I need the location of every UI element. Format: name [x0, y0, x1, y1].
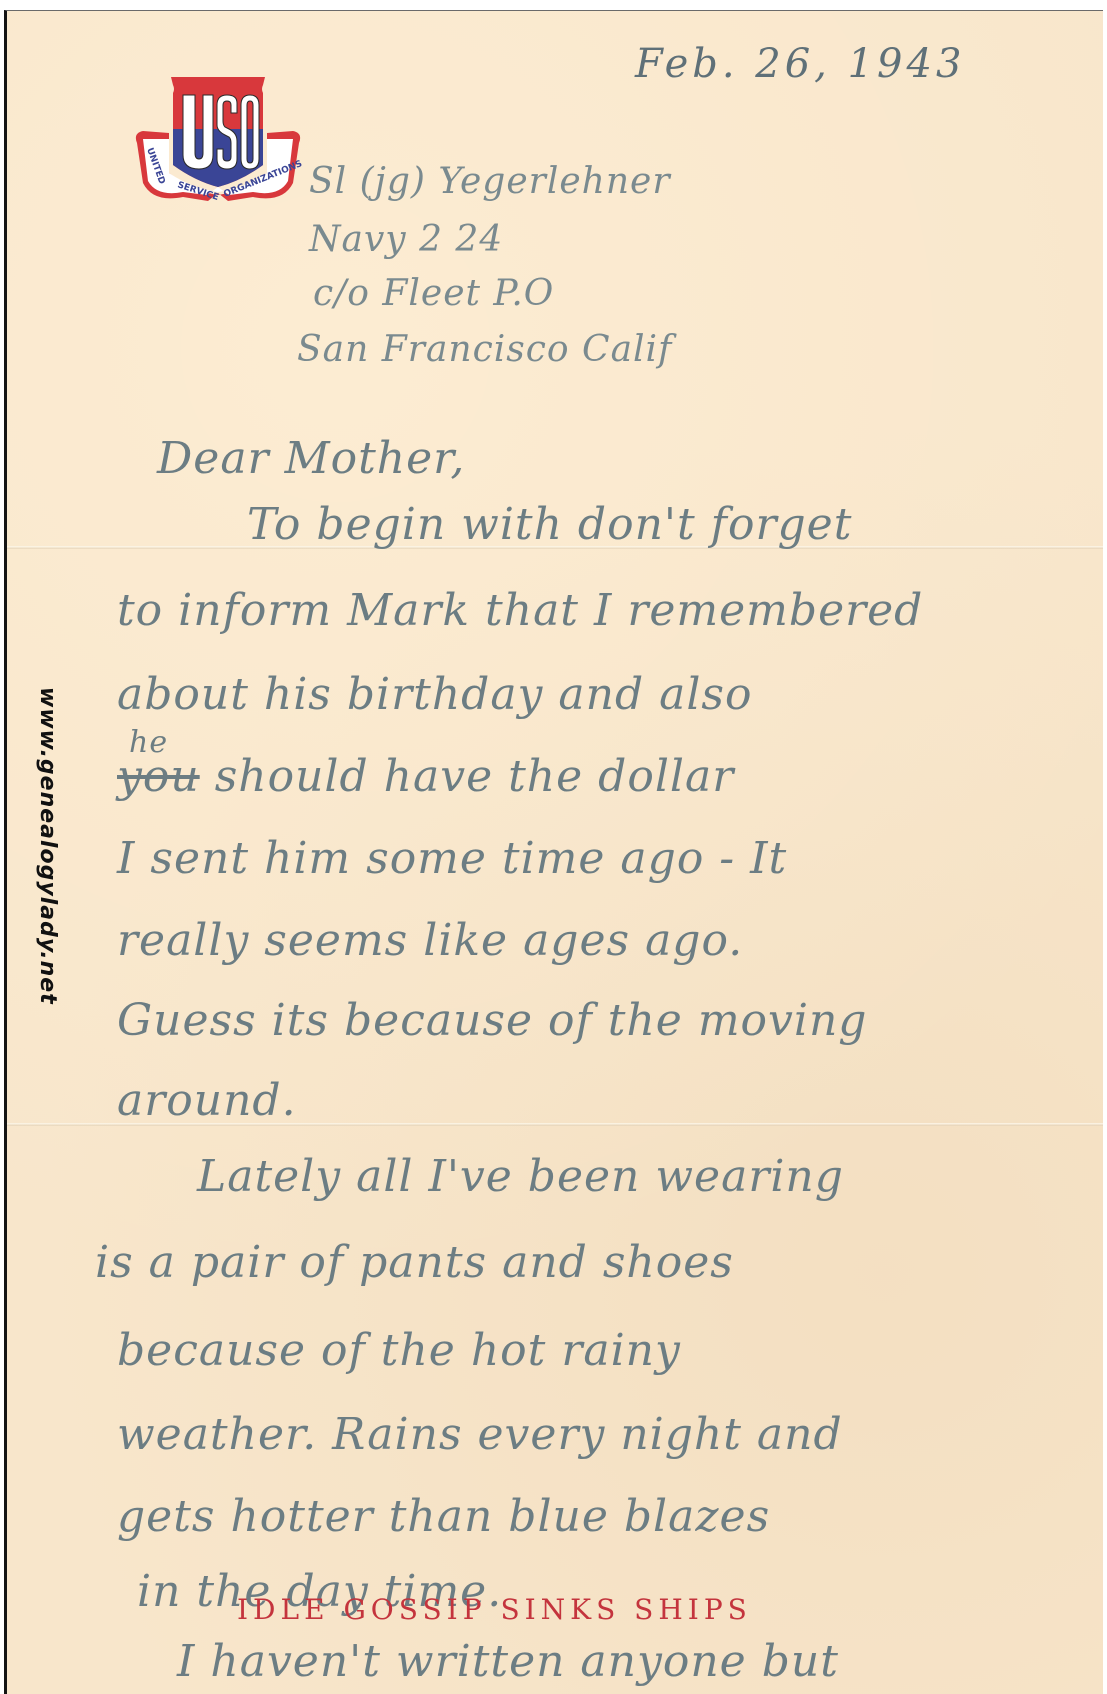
- letter-page: UNITED SERVICE ORGANIZATIONS Feb. 26, 19…: [4, 10, 1103, 1694]
- letter-line: Lately all I've been wearing: [197, 1151, 844, 1202]
- letter-line-text: should have the dollar: [215, 751, 735, 802]
- letter-line: is a pair of pants and shoes: [95, 1237, 734, 1288]
- letter-line: around.: [117, 1075, 297, 1126]
- letter-line: you he should have the dollar: [117, 751, 734, 802]
- address-line: San Francisco Calif: [297, 329, 672, 370]
- letter-line: really seems like ages ago.: [117, 915, 743, 966]
- uso-shield-icon: UNITED SERVICE ORGANIZATIONS: [133, 73, 303, 205]
- letter-date: Feb. 26, 1943: [635, 41, 965, 87]
- letter-line: Guess its because of the moving: [117, 995, 867, 1046]
- letter-line: to inform Mark that I remembered: [117, 585, 923, 636]
- letter-line: because of the hot rainy: [117, 1325, 681, 1376]
- address-line: Sl (jg) Yegerlehner: [309, 161, 671, 202]
- letterhead-slogan: IDLE GOSSIP SINKS SHIPS: [237, 1593, 752, 1626]
- letter-line: about his birthday and also: [117, 669, 753, 720]
- watermark-url: www.genealogylady.net: [35, 687, 60, 1005]
- letter-line: To begin with don't forget: [247, 499, 852, 550]
- address-line: c/o Fleet P.O: [313, 273, 554, 314]
- letter-line: weather. Rains every night and: [117, 1409, 843, 1460]
- letter-line: I haven't written anyone but: [177, 1636, 839, 1687]
- salutation: Dear Mother,: [157, 433, 465, 484]
- address-line: Navy 2 24: [309, 219, 503, 260]
- inserted-word: he: [129, 725, 168, 760]
- letter-line: gets hotter than blue blazes: [117, 1491, 770, 1542]
- correction: you he: [117, 751, 215, 802]
- letter-line: I sent him some time ago - It: [117, 833, 787, 884]
